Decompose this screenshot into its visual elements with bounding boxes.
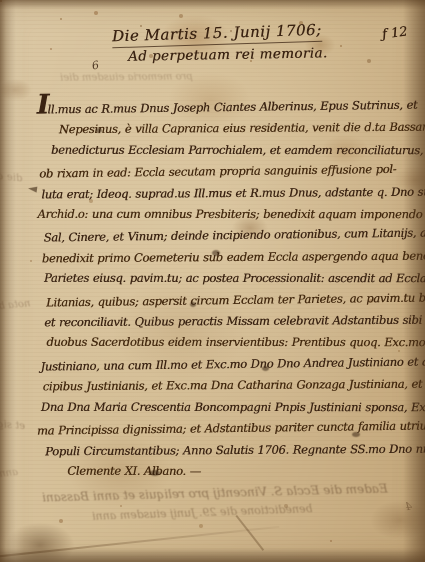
bleedthrough-line: benedictione die 29. Junij eiusdem anni [92,502,313,523]
manuscript-line: Nepesinus, è villa Capranica eius reside… [59,117,425,141]
manuscript-line: Clemente XI. Albano. — [67,461,425,483]
bleedthrough-margin-mark: et sig. [0,419,25,432]
manuscript-line: duobus Sacerdotibus eidem inservientibus… [46,332,425,354]
manuscript-line: et reconciliavit. Quibus peractis Missam… [44,310,425,334]
manuscript-line: Ill.mus ac R.mus Dnus Joseph Ciantes Alb… [37,89,425,121]
manuscript-line: Litanias, quibus; aspersit circum Ecclam… [46,287,425,313]
manuscript-page: pro memoria eiusdem diei die q. nota bn … [0,0,425,562]
paper-crease [0,526,279,558]
margin-numeral: 6 [91,58,101,72]
margin-arrow-mark [28,185,38,192]
manuscript-line: luta erat; Ideoq. suprad.us Ill.mus et R… [41,181,425,205]
manuscript-line: Parietes eiusq. pavim.tu; ac postea Proc… [44,268,425,290]
manuscript-line: Dna Dna Maria Crescentia Boncompagni Pnp… [41,397,425,419]
bleedthrough-margin-mark: anni [0,467,19,480]
memoria-heading: Ad perpetuam rei memoria. [128,45,328,64]
bleedthrough-margin-mark: nota bn [0,298,31,312]
date-heading: Die Martis 15. Junij 1706; [112,21,322,49]
bleedthrough-margin-mark: die q. [0,171,23,185]
manuscript-body: Ill.mus ac R.mus Dnus Joseph Ciantes Alb… [37,91,425,484]
foxing-speckles [0,0,2,2]
bleedthrough-line: Eadem die Eccla S. Vincentij pro reliqui… [42,481,388,504]
manuscript-line: benedicturus Ecclesiam Parrochialem, et … [51,140,425,162]
folio-number: ƒ 12 [381,25,408,43]
paper-crease [236,515,264,551]
manuscript-line: Populi Circumstantibus; Anno Salutis 170… [45,438,425,462]
bleedthrough-line: pro memoria eiusdem diei [60,71,193,83]
edge-numeral: 4 [405,500,413,513]
manuscript-line: cipibus Justinianis, et Exc.ma Dna Catha… [43,374,425,398]
manuscript-line: benedixit primo Coemeteriu sub eadem Ecc… [42,245,425,269]
